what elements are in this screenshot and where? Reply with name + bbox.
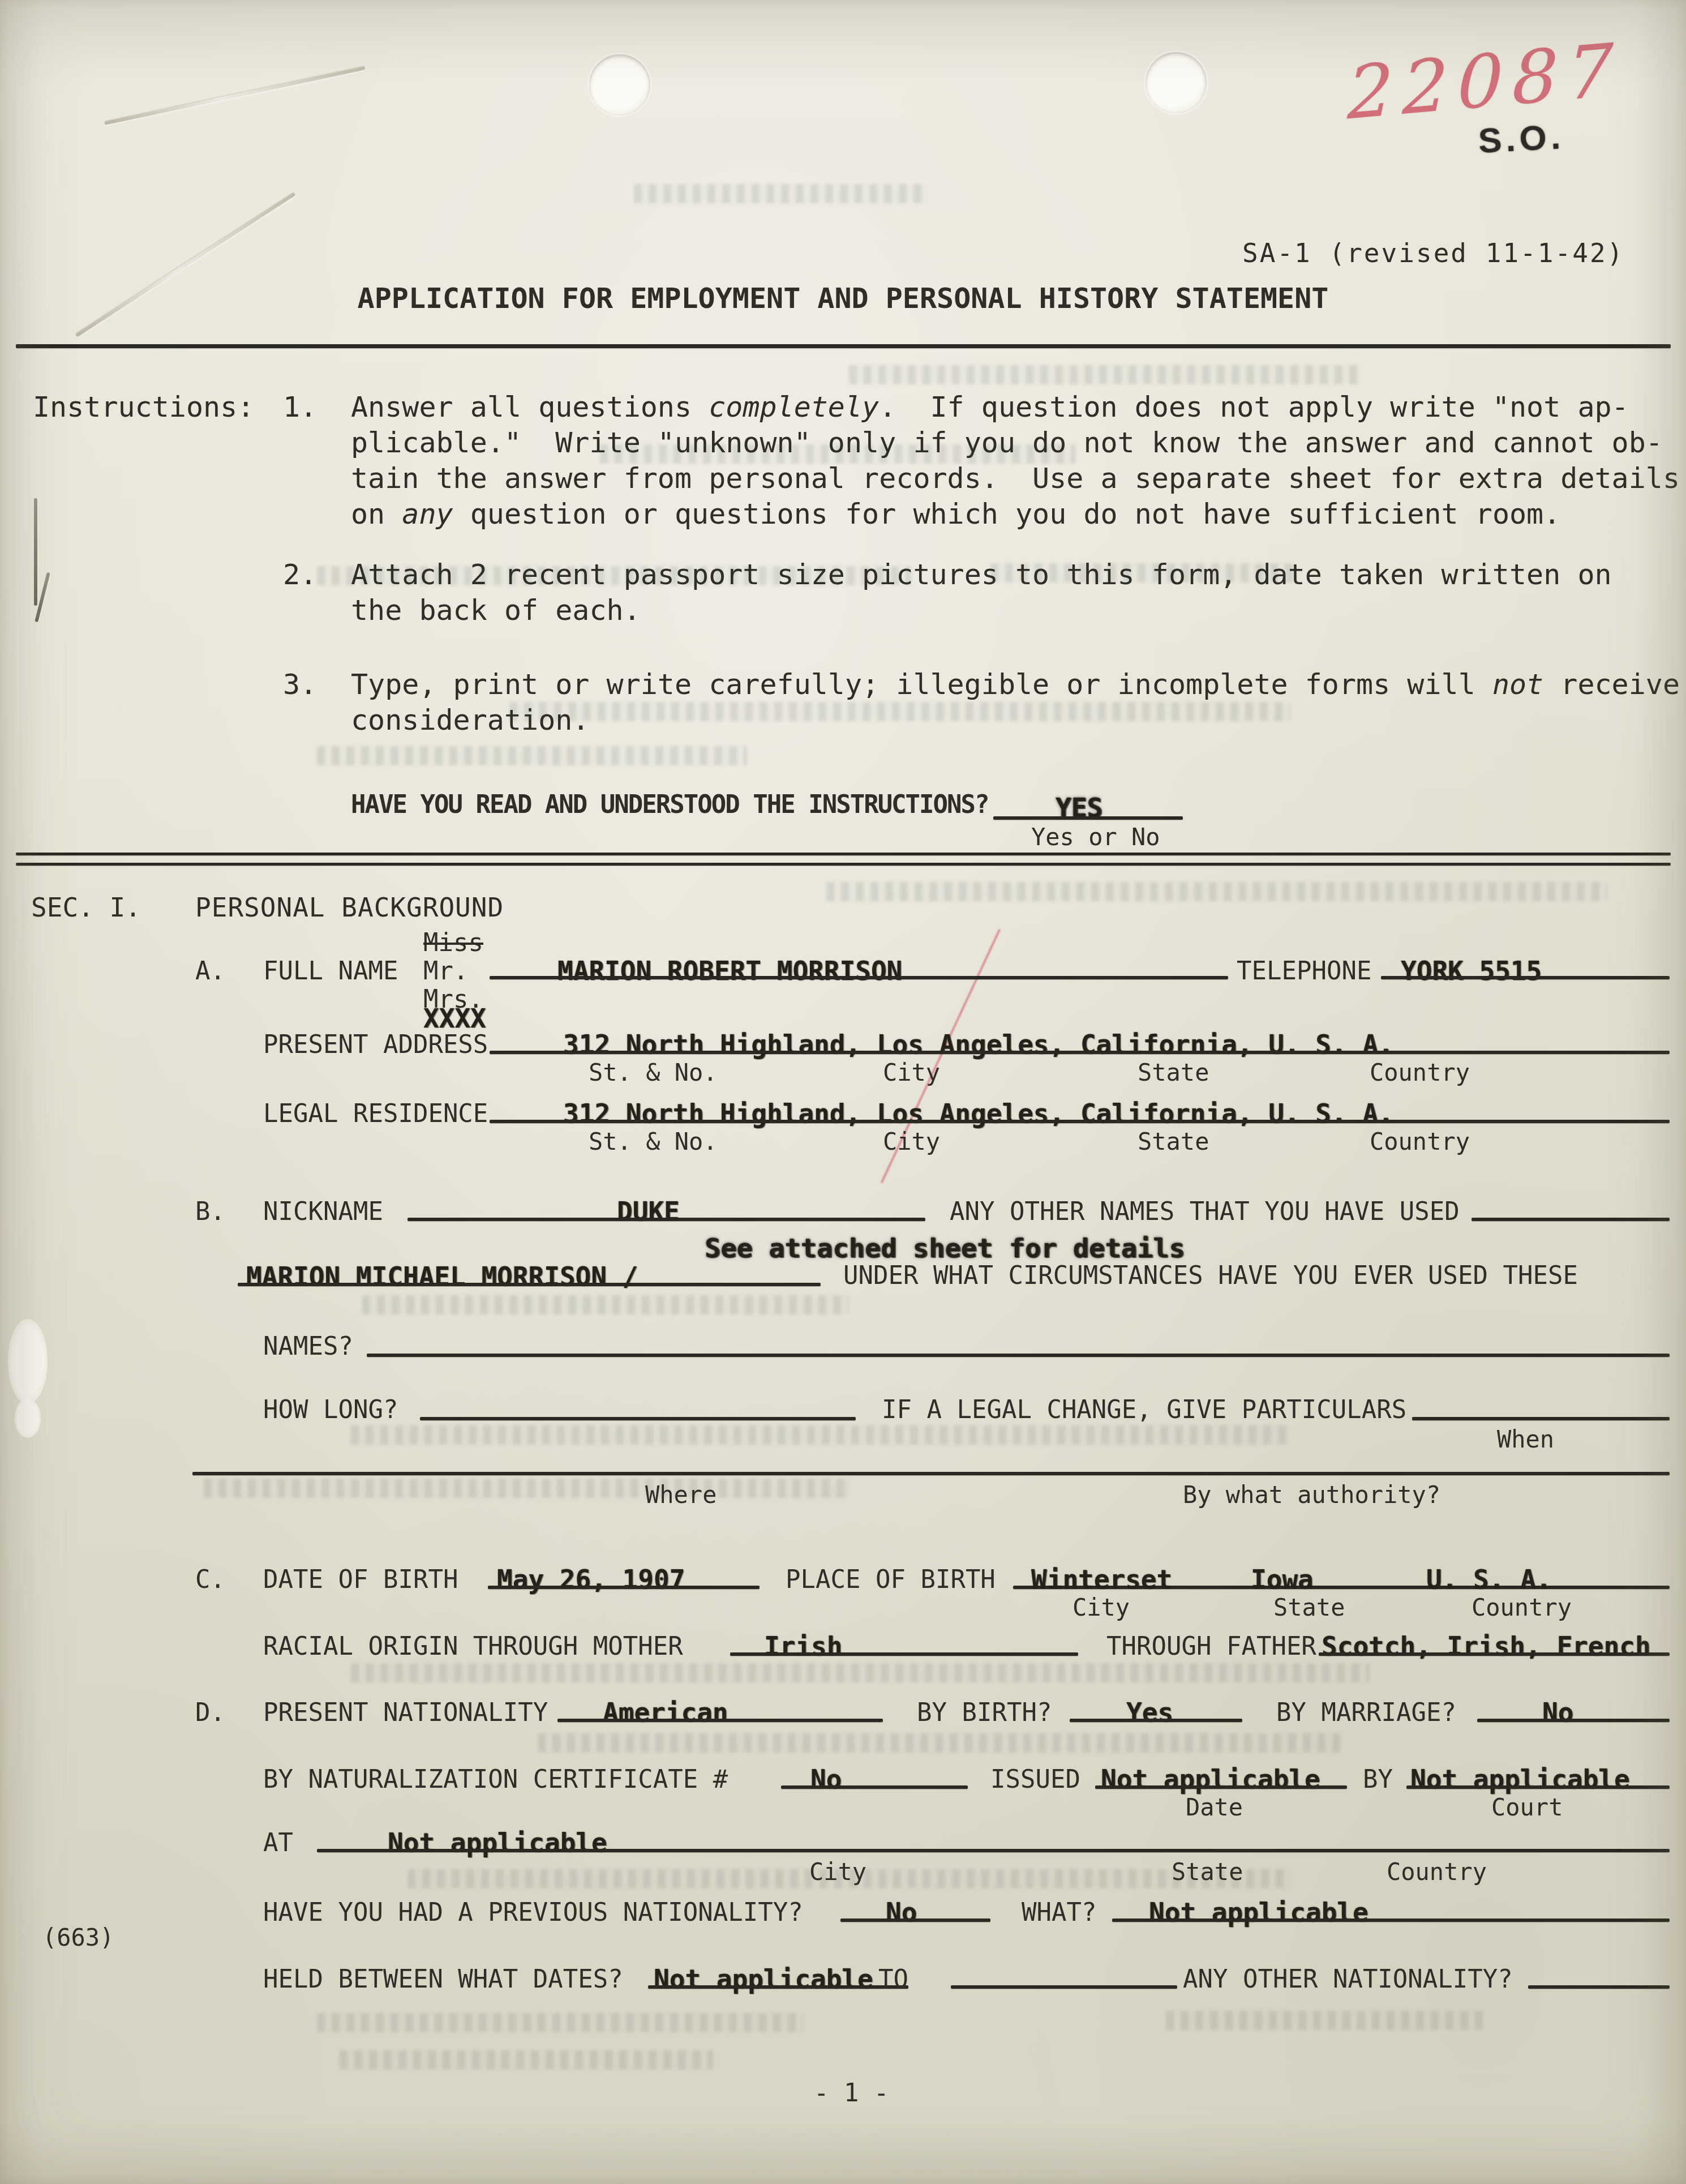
bleedthrough-mark xyxy=(509,702,1290,721)
instruction-1-line-4: on any question or questions for which y… xyxy=(351,498,1560,530)
nationality-label: PRESENT NATIONALITY xyxy=(263,1698,548,1727)
other-nationality-label: ANY OTHER NATIONALITY? xyxy=(1183,1965,1513,1994)
residence-sub-city: City xyxy=(883,1128,940,1155)
instruction-2-line-2: the back of each. xyxy=(351,594,641,627)
legal-change-label: IF A LEGAL CHANGE, GIVE PARTICULARS xyxy=(882,1395,1406,1424)
bleedthrough-mark xyxy=(204,1479,849,1498)
full-name-label: FULL NAME xyxy=(263,957,398,986)
so-stamp: S.O. xyxy=(1477,117,1565,161)
instruction-1-line-1: Answer all questions completely. If ques… xyxy=(351,391,1629,423)
present-address-value: 312 North Highland, Los Angeles, Califor… xyxy=(563,1029,1394,1060)
at-sub-country: Country xyxy=(1387,1858,1487,1886)
staple xyxy=(34,498,37,606)
names-question-label: NAMES? xyxy=(263,1332,353,1361)
address-sub-state: State xyxy=(1138,1059,1209,1086)
bleedthrough-mark xyxy=(362,1295,849,1314)
page-title: APPLICATION FOR EMPLOYMENT AND PERSONAL … xyxy=(358,282,1329,315)
previous-nationality-line xyxy=(840,1919,990,1922)
at-label: AT xyxy=(263,1828,293,1857)
header-divider xyxy=(16,344,1671,348)
telephone-label: TELEPHONE xyxy=(1237,957,1371,986)
full-name-line xyxy=(490,976,1228,979)
attached-sheet-note: See attached sheet for details xyxy=(705,1233,1185,1264)
residence-sub-country: Country xyxy=(1370,1128,1470,1155)
address-sub-country: Country xyxy=(1370,1059,1470,1086)
scratch-mark xyxy=(104,66,365,125)
by-marriage-line xyxy=(1477,1719,1670,1722)
telephone-value: YORK 5515 xyxy=(1401,956,1542,986)
pob-label: PLACE OF BIRTH xyxy=(786,1565,996,1594)
names-question-line xyxy=(367,1354,1670,1357)
issued-line xyxy=(1095,1785,1347,1789)
legal-residence-label: LEGAL RESIDENCE xyxy=(263,1099,488,1128)
nickname-value: DUKE xyxy=(617,1196,680,1227)
bleedthrough-mark xyxy=(849,365,1358,384)
item-d-letter: D. xyxy=(195,1698,225,1727)
nationality-line xyxy=(557,1719,883,1722)
salutation-miss: Miss xyxy=(423,928,483,957)
instruction-3-line-1: Type, print or write carefully; illegibl… xyxy=(351,668,1680,701)
item-c-letter: C. xyxy=(195,1565,225,1594)
confirmation-question: HAVE YOU READ AND UNDERSTOOD THE INSTRUC… xyxy=(351,790,989,819)
telephone-line xyxy=(1381,976,1670,979)
circumstances-label: UNDER WHAT CIRCUMSTANCES HAVE YOU EVER U… xyxy=(843,1261,1578,1290)
other-name-value: MARION MICHAEL MORRISON / xyxy=(246,1261,638,1292)
by-birth-value: Yes xyxy=(1126,1697,1173,1728)
margin-note: (663) xyxy=(42,1924,114,1951)
when-sublabel: When xyxy=(1497,1425,1554,1453)
pob-sub-city: City xyxy=(1072,1594,1130,1621)
bleedthrough-mark xyxy=(340,2050,713,2070)
item-a-letter: A. xyxy=(195,957,225,986)
bleedthrough-mark xyxy=(1166,2011,1483,2030)
section-number: SEC. I. xyxy=(31,892,141,923)
instruction-3-line-2: consideration. xyxy=(351,704,589,736)
scratch-mark xyxy=(75,192,295,337)
bleedthrough-mark xyxy=(317,746,747,765)
issued-value: Not applicable xyxy=(1101,1764,1320,1795)
racial-mother-line xyxy=(730,1652,1078,1656)
cert-label: BY NATURALIZATION CERTIFICATE # xyxy=(263,1765,728,1794)
instruction-2-line-1: Attach 2 recent passport size pictures t… xyxy=(351,558,1612,591)
nickname-line xyxy=(407,1218,925,1221)
at-line xyxy=(317,1849,1670,1852)
address-sub-city: City xyxy=(883,1059,940,1086)
issued-sub-date: Date xyxy=(1186,1793,1243,1821)
section-divider-bottom xyxy=(16,863,1671,866)
racial-father-value: Scotch, Irish, French xyxy=(1322,1631,1651,1661)
other-names-label: ANY OTHER NAMES THAT YOU HAVE USED xyxy=(950,1197,1460,1226)
where-sublabel: Where xyxy=(645,1481,717,1509)
pob-state-value: Iowa xyxy=(1251,1564,1314,1595)
racial-father-label: THROUGH FATHER xyxy=(1106,1632,1316,1661)
page-number: - 1 - xyxy=(814,2079,889,2108)
bleedthrough-mark xyxy=(351,1663,1370,1682)
pob-sub-country: Country xyxy=(1472,1594,1572,1621)
by-marriage-value: No xyxy=(1542,1697,1573,1728)
present-address-line xyxy=(490,1051,1670,1054)
what-value: Not applicable xyxy=(1149,1897,1368,1928)
other-name-line xyxy=(238,1283,821,1286)
to-line xyxy=(951,1985,1177,1989)
punch-hole-right xyxy=(1146,52,1207,113)
previous-nationality-label: HAVE YOU HAD A PREVIOUS NATIONALITY? xyxy=(263,1898,803,1927)
bleedthrough-mark xyxy=(317,2013,804,2032)
to-label: TO xyxy=(878,1965,908,1994)
nationality-value: American xyxy=(603,1697,728,1728)
address-sub-st: St. & No. xyxy=(589,1059,718,1086)
issued-label: ISSUED xyxy=(990,1765,1080,1794)
pob-sub-state: State xyxy=(1273,1594,1345,1621)
present-address-label: PRESENT ADDRESS xyxy=(263,1030,488,1059)
held-dates-value: Not applicable xyxy=(654,1964,873,1994)
instruction-1-line-2: plicable." Write "unknown" only if you d… xyxy=(351,426,1663,459)
salutation-strikeout: XXXX xyxy=(423,1003,486,1034)
bleedthrough-mark xyxy=(351,1425,1290,1445)
dob-line xyxy=(488,1586,760,1589)
by-marriage-label: BY MARRIAGE? xyxy=(1276,1698,1456,1727)
residence-sub-st: St. & No. xyxy=(589,1128,718,1155)
cert-value: No xyxy=(810,1764,842,1795)
legal-residence-line xyxy=(490,1120,1670,1123)
tear-mark xyxy=(8,1319,48,1404)
how-long-label: HOW LONG? xyxy=(263,1395,398,1424)
how-long-line xyxy=(420,1417,856,1420)
form-code: SA-1 (revised 11-1-42) xyxy=(1242,238,1624,268)
document-page: 22087 S.O. SA-1 (revised 11-1-42) APPLIC… xyxy=(0,0,1686,2184)
by-birth-label: BY BIRTH? xyxy=(917,1698,1052,1727)
pob-country-value: U. S. A. xyxy=(1426,1564,1552,1595)
at-sub-state: State xyxy=(1172,1858,1243,1886)
cert-by-label: BY xyxy=(1363,1765,1393,1794)
bleedthrough-mark xyxy=(634,184,928,203)
handwritten-number: 22087 xyxy=(1347,27,1623,136)
other-nationality-line xyxy=(1528,1985,1670,1989)
what-label: WHAT? xyxy=(1022,1898,1096,1927)
at-sub-city: City xyxy=(809,1858,866,1886)
at-value: Not applicable xyxy=(388,1827,607,1858)
punch-hole-left xyxy=(589,54,650,115)
full-name-value: MARION ROBERT MORRISON xyxy=(557,956,902,986)
held-dates-line xyxy=(648,1985,908,1989)
what-line xyxy=(1112,1919,1670,1922)
legal-change-line xyxy=(1412,1417,1670,1420)
instruction-number-1: 1. xyxy=(283,391,317,423)
by-birth-line xyxy=(1070,1719,1242,1722)
held-dates-label: HELD BETWEEN WHAT DATES? xyxy=(263,1965,623,1994)
cert-by-line xyxy=(1406,1785,1670,1789)
racial-mother-value: Irish xyxy=(764,1631,842,1661)
nickname-label: NICKNAME xyxy=(263,1197,383,1226)
legal-residence-value: 312 North Highland, Los Angeles, Califor… xyxy=(563,1098,1394,1129)
cert-line xyxy=(781,1785,968,1789)
dob-label: DATE OF BIRTH xyxy=(263,1565,458,1594)
instruction-number-3: 3. xyxy=(283,668,317,701)
section-title: PERSONAL BACKGROUND xyxy=(195,892,504,923)
item-b-letter: B. xyxy=(195,1197,225,1226)
tear-mark xyxy=(15,1398,41,1438)
previous-nationality-value: No xyxy=(886,1897,917,1928)
instruction-1-line-3: tain the answer from personal records. U… xyxy=(351,462,1680,495)
confirmation-hint: Yes or No xyxy=(1031,823,1160,851)
section-divider-top xyxy=(16,853,1671,855)
other-names-line xyxy=(1472,1218,1670,1221)
dob-value: May 26, 1907 xyxy=(497,1564,685,1595)
bleedthrough-mark xyxy=(538,1733,1341,1753)
cert-by-value: Not applicable xyxy=(1410,1764,1630,1795)
cert-sub-court: Court xyxy=(1491,1793,1563,1821)
particulars-line xyxy=(192,1472,1670,1475)
instruction-number-2: 2. xyxy=(283,558,317,591)
salutation-mr: Mr. xyxy=(423,957,468,986)
confirmation-answer-line xyxy=(993,816,1183,820)
racial-father-line xyxy=(1319,1652,1670,1656)
pob-city-value: Winterset xyxy=(1031,1564,1172,1595)
racial-mother-label: RACIAL ORIGIN THROUGH MOTHER xyxy=(263,1632,683,1661)
residence-sub-state: State xyxy=(1138,1128,1209,1155)
authority-sublabel: By what authority? xyxy=(1183,1481,1440,1509)
instructions-label: Instructions: xyxy=(33,391,254,423)
bleedthrough-mark xyxy=(826,882,1607,901)
